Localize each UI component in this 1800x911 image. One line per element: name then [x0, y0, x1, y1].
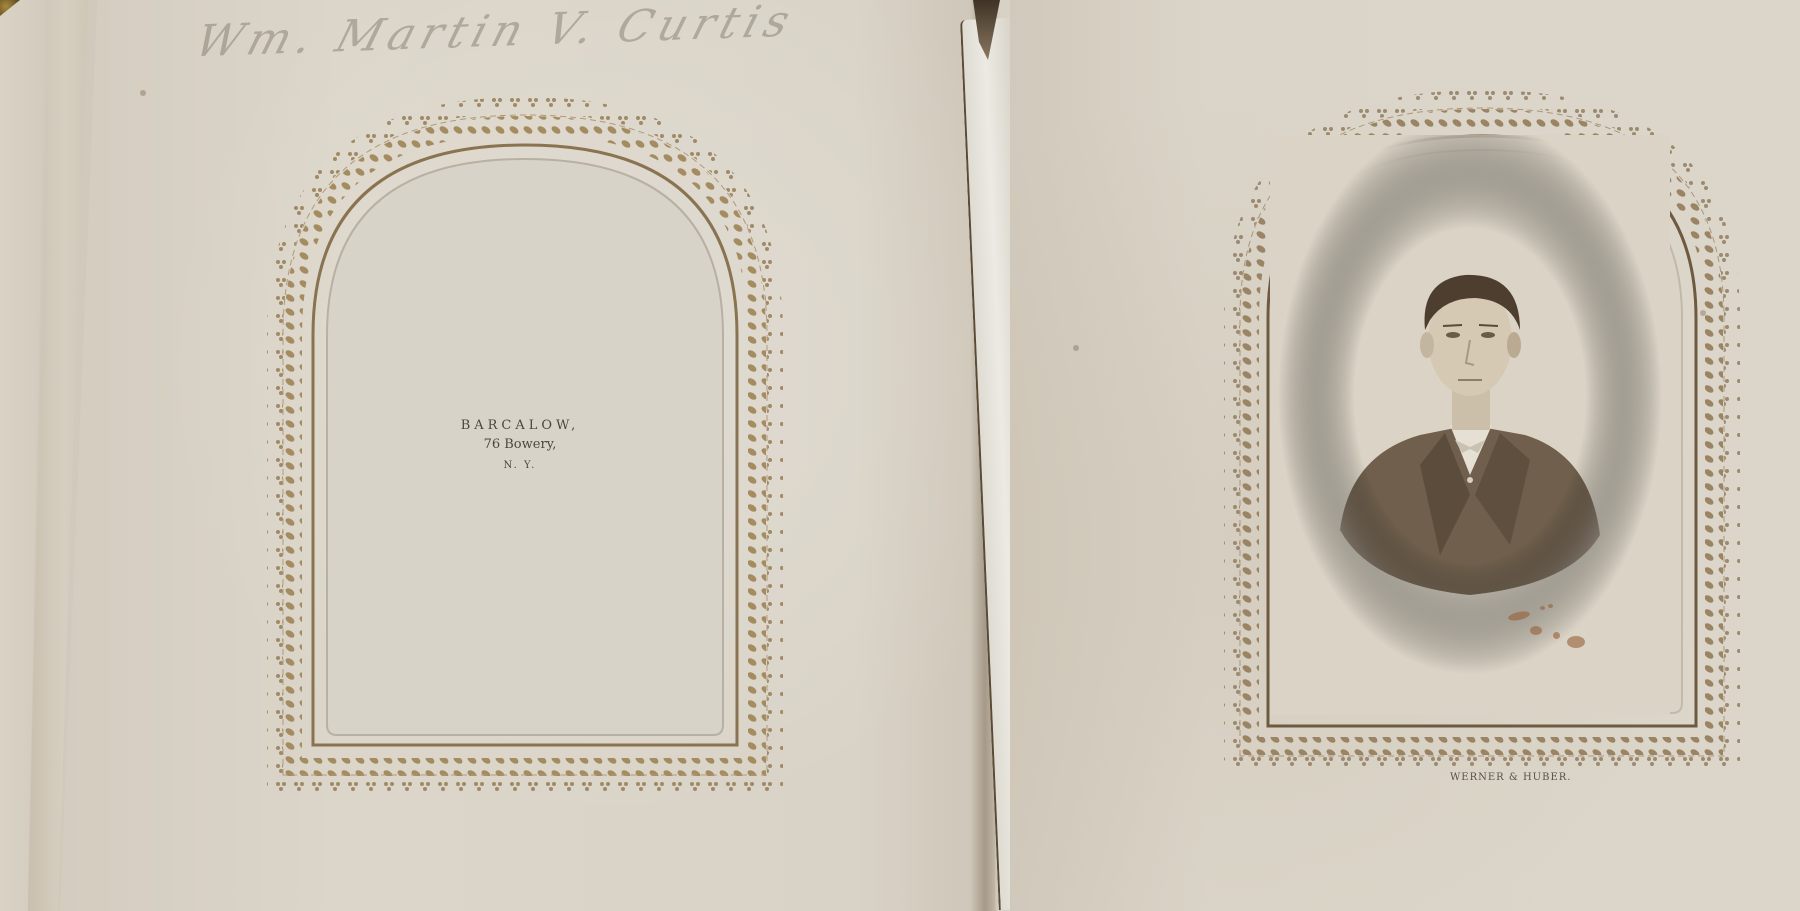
sepia-portrait-icon — [1270, 135, 1670, 715]
photo-album-scene: Wm. Martin V. Curtis — [0, 0, 1800, 911]
photographer-imprint: BARCALOW, 76 Bowery, N. Y. — [440, 418, 600, 471]
imprint-city: N. Y. — [440, 460, 600, 471]
carte-de-visite-photo — [1270, 135, 1670, 715]
imprint-studio-name: BARCALOW, — [440, 418, 600, 433]
paper-speck — [1700, 310, 1706, 316]
foxing-stain — [1530, 626, 1542, 635]
foxing-stain — [1540, 606, 1545, 610]
foxing-stain — [1553, 632, 1560, 639]
paper-speck — [140, 90, 146, 96]
imprint-address: 76 Bowery, — [440, 437, 600, 452]
foxing-stain — [1548, 604, 1553, 608]
album-maker-mark: WERNER & HUBER. — [1450, 772, 1571, 783]
foxing-stain — [1567, 636, 1585, 648]
handwritten-inscription: Wm. Martin V. Curtis — [189, 0, 801, 67]
paper-speck — [1073, 345, 1079, 351]
